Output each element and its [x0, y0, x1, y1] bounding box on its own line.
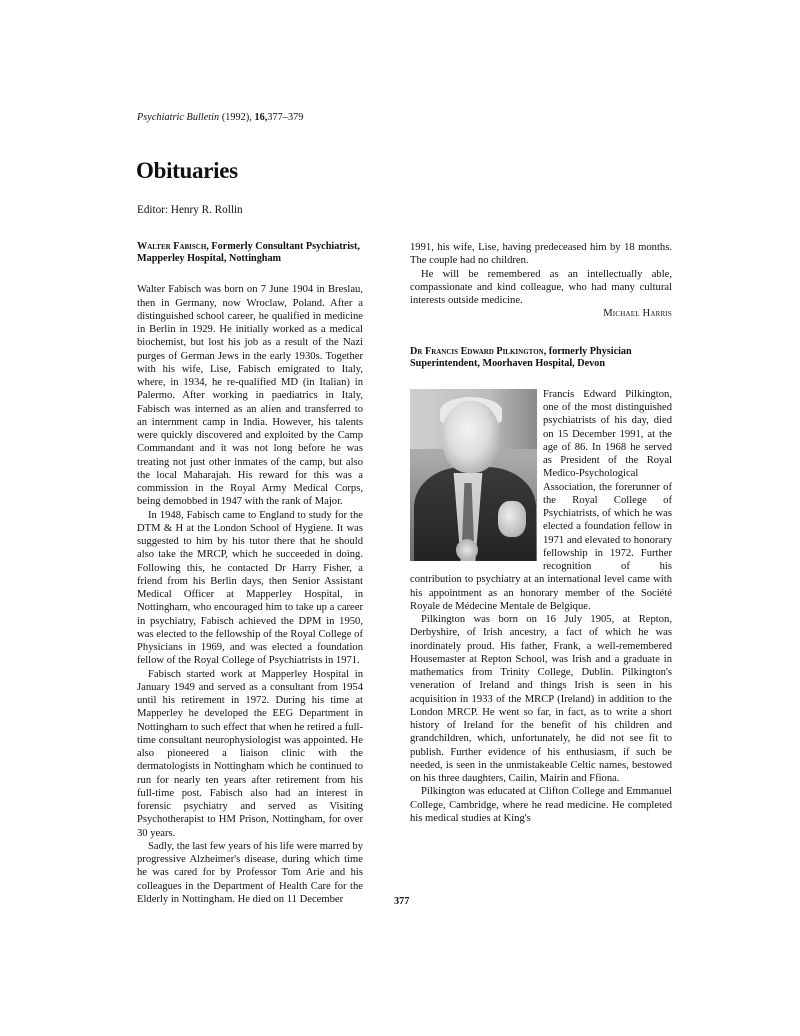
right-column: 1991, his wife, Lise, having predeceased… [410, 241, 672, 825]
journal-page: Psychiatric Bulletin (1992), 16,377–379 … [0, 0, 800, 1036]
obituary-name: Dr Francis Edward Pilkington [410, 346, 544, 357]
journal-pages: 377–379 [267, 112, 303, 123]
paragraph: He will be remembered as an intellectual… [410, 268, 672, 308]
paragraph: 1991, his wife, Lise, having predeceased… [410, 241, 672, 268]
page-number: 377 [394, 896, 409, 907]
left-column: Walter Fabisch, Formerly Consultant Psyc… [137, 241, 363, 906]
paragraph: Sadly, the last few years of his life we… [137, 840, 363, 906]
portrait-photo [410, 389, 537, 561]
paragraph: Pilkington was educated at Clifton Colle… [410, 785, 672, 825]
section-title: Obituaries [136, 158, 238, 184]
paragraph: Fabisch started work at Mapperley Hospit… [137, 668, 363, 840]
journal-name: Psychiatric Bulletin [137, 112, 219, 123]
running-head: Psychiatric Bulletin (1992), 16,377–379 [137, 112, 303, 123]
obituary-heading-fabisch: Walter Fabisch, Formerly Consultant Psyc… [137, 241, 363, 265]
journal-volume: 16, [254, 112, 267, 123]
editor-line: Editor: Henry R. Rollin [137, 204, 243, 216]
paragraph: Walter Fabisch was born on 7 June 1904 i… [137, 283, 363, 508]
obituary-name: Walter Fabisch [137, 241, 206, 252]
paragraph: In 1948, Fabisch came to England to stud… [137, 509, 363, 668]
journal-year: (1992), [222, 112, 252, 123]
obituary-signature: Michael Harris [410, 307, 672, 320]
paragraph: Pilkington was born on 16 July 1905, at … [410, 613, 672, 785]
obituary-heading-pilkington: Dr Francis Edward Pilkington, formerly P… [410, 346, 672, 370]
